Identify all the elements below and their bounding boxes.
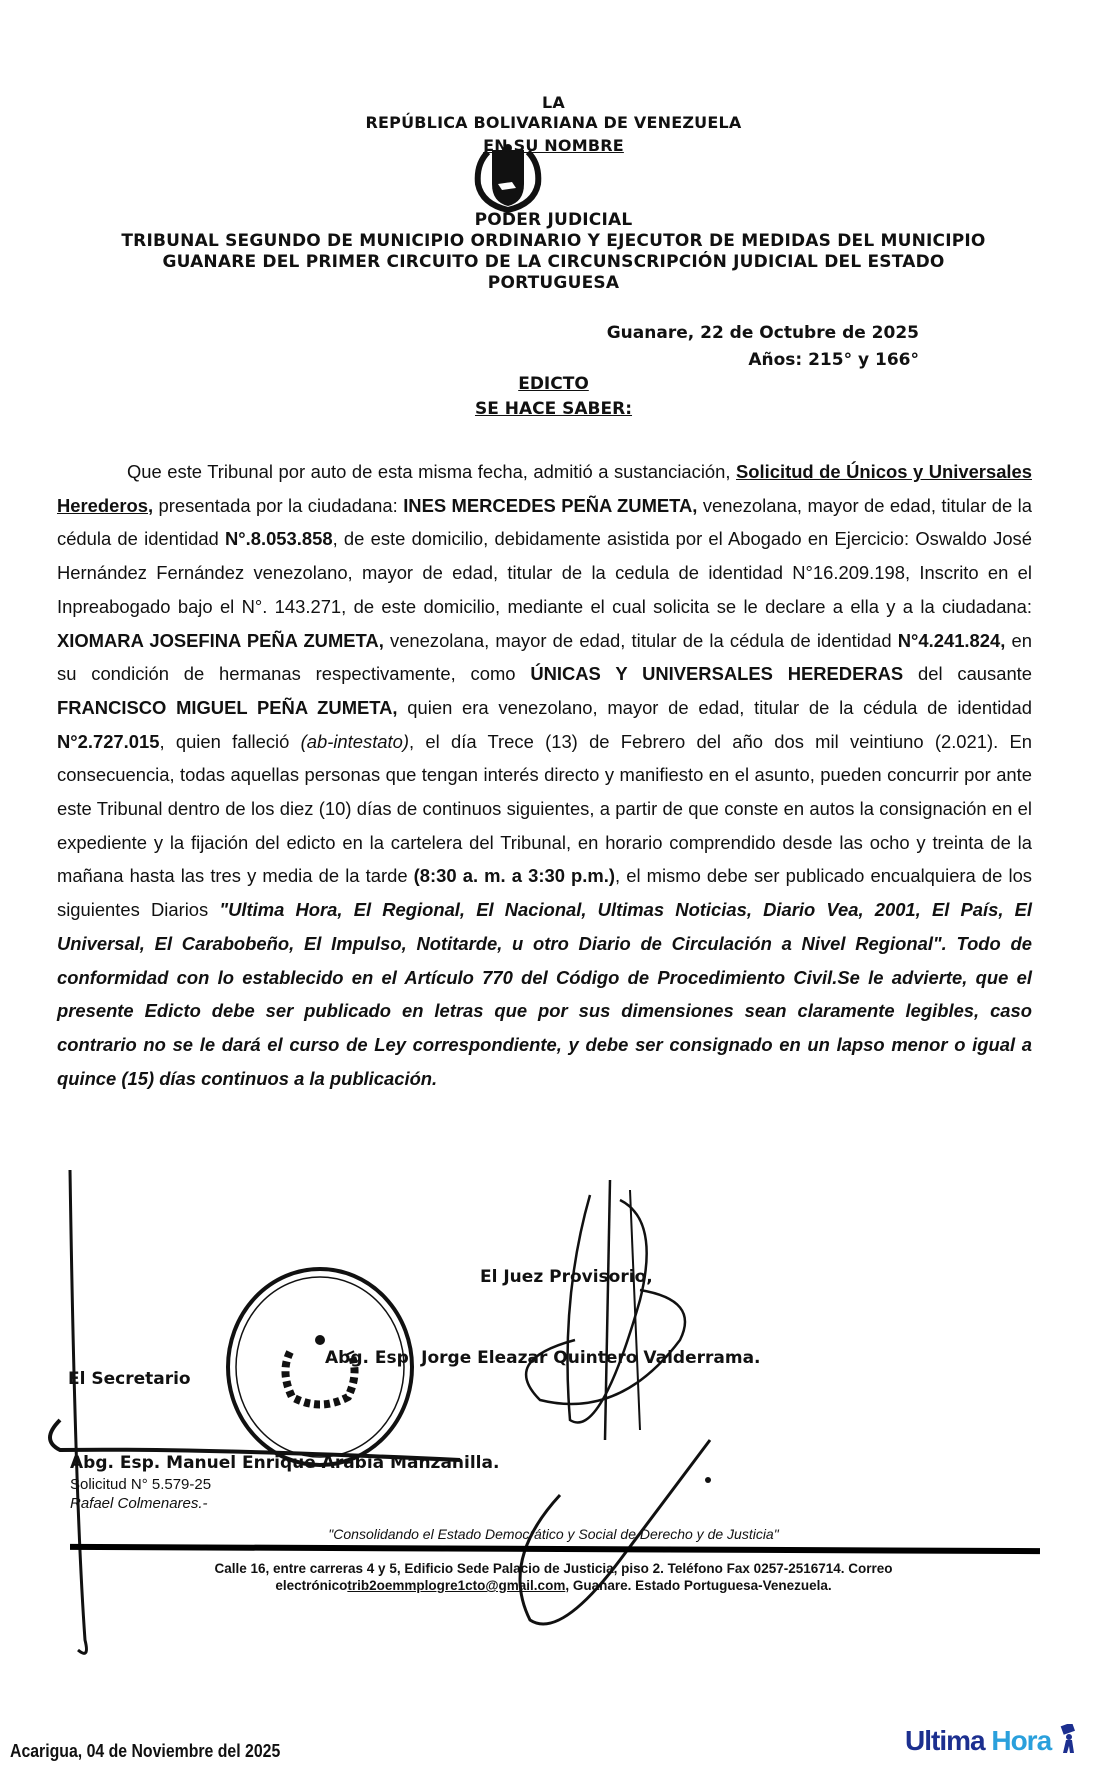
body-text: Que este Tribunal por auto de esta misma… [127,461,736,482]
footer-divider [70,1544,1040,1554]
title-edicto: EDICTO [0,374,1107,394]
body-text: del causante [903,663,1032,684]
body-text: , quien falleció [159,731,300,752]
secretary-name: Abg. Esp. Manuel Enrique Arabia Manzanil… [70,1453,499,1473]
newspaper-carrier-icon [1058,1724,1080,1754]
request-number: Solicitud N° 5.579-25 [70,1476,211,1493]
applicant-name: INES MERCEDES PEÑA ZUMETA, [403,495,697,516]
address-line-2: electrónicotrib2oemmplogre1cto@gmail.com… [0,1577,1107,1594]
title-se-hace-saber: SE HACE SABER: [0,399,1107,419]
ab-intestato: (ab-intestato) [301,731,409,752]
document-years: Años: 215° y 166° [748,350,919,370]
venezuela-coat-of-arms-icon [468,144,548,214]
secretary-title: El Secretario [68,1369,191,1389]
edict-paragraph: Que este Tribunal por auto de esta misma… [57,455,1032,1095]
deceased-id: N°2.727.015 [57,731,159,752]
edict-body: Que este Tribunal por auto de esta misma… [57,455,1032,1095]
header-poder-judicial: PODER JUDICIAL [0,210,1107,230]
office-hours: (8:30 a. m. a 3:30 p.m.) [414,865,615,886]
court-email-link[interactable]: trib2oemmplogre1cto@gmail.com [347,1578,565,1593]
court-address: Calle 16, entre carreras 4 y 5, Edificio… [0,1560,1107,1594]
ultima-hora-logo: Ultima Hora [905,1724,1080,1757]
judge-name: Abg. Esp. Jorge Eleazar Quintero Valderr… [325,1348,761,1368]
publication-date: Acarigua, 04 de Noviembre del 2025 [10,1741,280,1762]
body-text: , el día Trece (13) de Febrero del año d… [57,731,1032,887]
co-heir-name: XIOMARA JOSEFINA PEÑA ZUMETA, [57,630,384,651]
applicant-id: N°.8.053.858 [225,528,333,549]
header-la: LA [0,93,1107,112]
judge-title: El Juez Provisorio, [480,1267,653,1287]
body-text: presentada por la ciudadana: [153,495,403,516]
body-text: quien era venezolano, mayor de edad, tit… [398,697,1032,718]
co-heir-id: N°4.241.824, [898,630,1006,651]
logo-part-ultima: Ultima [905,1725,985,1756]
address-suffix: , Guanare. Estado Portuguesa-Venezuela. [565,1578,831,1593]
body-text: venezolana, mayor de edad, titular de la… [384,630,898,651]
clerk-name: Rafael Colmenares.- [70,1495,208,1512]
document-date: Guanare, 22 de Octubre de 2025 [607,323,919,343]
institutional-motto: "Consolidando el Estado Democrático y So… [0,1526,1107,1542]
logo-part-hora: Hora [991,1725,1051,1756]
newspapers-and-warning: "Ultima Hora, El Regional, El Nacional, … [57,899,1032,1089]
tribunal-text: TRIBUNAL SEGUNDO DE MUNICIPIO ORDINARIO … [114,231,994,294]
address-line-1: Calle 16, entre carreras 4 y 5, Edificio… [0,1560,1107,1577]
heirs-designation: ÚNICAS Y UNIVERSALES HEREDERAS [530,663,903,684]
header-republic: REPÚBLICA BOLIVARIANA DE VENEZUELA [0,113,1107,132]
deceased-name: FRANCISCO MIGUEL PEÑA ZUMETA, [57,697,398,718]
address-prefix: electrónico [275,1578,347,1593]
header-tribunal: TRIBUNAL SEGUNDO DE MUNICIPIO ORDINARIO … [0,231,1107,294]
header-en-su-nombre: EN SU NOMBRE [0,136,1107,155]
